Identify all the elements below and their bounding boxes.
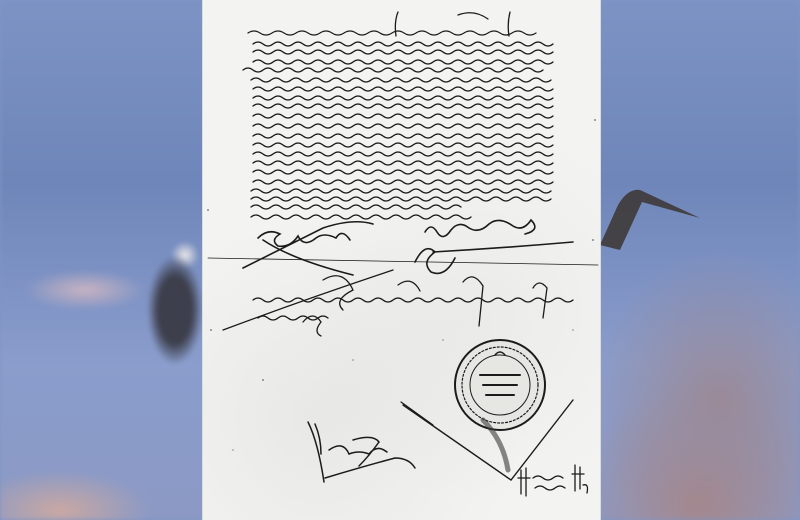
fold-line: [208, 258, 598, 265]
manuscript-page: [203, 0, 600, 520]
manuscript-handwriting: [203, 0, 600, 520]
wax-seal: [401, 340, 573, 480]
bird-silhouette-icon: [600, 160, 710, 250]
signature-right-upper: [415, 220, 573, 273]
signature-bottom-left: [308, 422, 415, 482]
attestation-line: [223, 270, 573, 336]
body-text: [243, 12, 553, 219]
signature-left-upper: [243, 222, 373, 275]
signature-bottom-right: [518, 465, 588, 496]
